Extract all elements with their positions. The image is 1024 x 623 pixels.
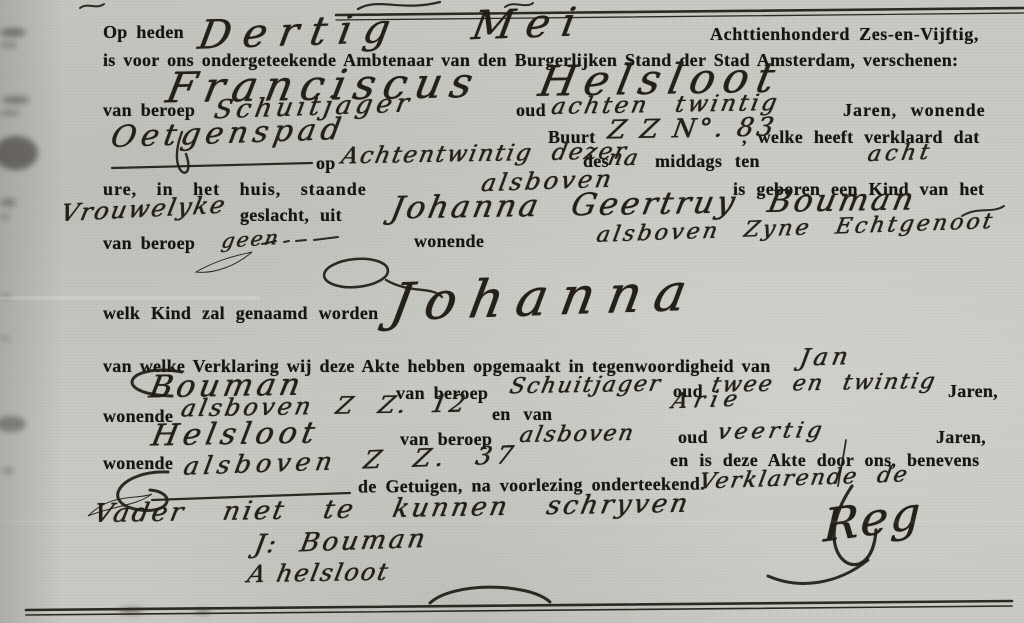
bottom-rule-heavy <box>26 601 1012 610</box>
handwritten-declarant-street: Oetgenspad <box>108 112 348 155</box>
printed-wonende-4: wonende <box>103 453 173 474</box>
handwritten-mother-occupation: geen <box>219 225 282 253</box>
margin-smudge <box>0 28 26 37</box>
signature-witness2: A helsloot <box>245 558 392 588</box>
margin-smudge-dark <box>0 136 38 170</box>
bottom-smudge <box>195 609 211 614</box>
bottom-smudge <box>118 608 144 614</box>
margin-smudge <box>0 214 10 220</box>
handwritten-witness1-occupation: Schuitjager <box>507 372 664 400</box>
margin-smudge <box>2 468 14 474</box>
printed-wonende-2: wonende <box>414 231 484 252</box>
margin-smudge <box>0 198 16 207</box>
top-left-mark <box>80 4 104 8</box>
printed-year: Achttienhonderd Zes-en-Vijftig, <box>710 24 979 45</box>
margin-smudge <box>0 416 26 432</box>
scan-line-artifact <box>0 297 260 299</box>
handwritten-buurt-number: Z Z N°. 83 <box>605 113 778 146</box>
printed-op: op <box>316 153 336 174</box>
blank-rule-1 <box>112 163 312 168</box>
bottom-partial-flourish <box>430 587 550 603</box>
handwritten-witness2-first-name: Arie <box>669 387 745 414</box>
printed-jaren-3: Jaren, <box>936 427 986 448</box>
oval-flourish <box>323 256 389 289</box>
margin-smudge <box>0 42 18 48</box>
printed-op-heden: Op heden <box>103 22 184 43</box>
printed-oud-3: oud <box>678 427 708 448</box>
margin-smudge <box>2 96 30 104</box>
handwritten-witness2-occupation: alsboven <box>517 421 637 448</box>
printed-van-beroep-2: van beroep <box>103 233 195 254</box>
printed-jaren-wonende: Jaren, wonende <box>843 100 986 121</box>
margin-smudge <box>0 336 10 341</box>
handwritten-child-gender: Vrouwelyke <box>58 191 229 228</box>
handwritten-child-name: Johanna <box>386 263 704 334</box>
printed-middags-ten: middags ten <box>655 151 760 172</box>
printed-welke-heeft: , welke heeft verklaard dat <box>742 127 980 148</box>
scan-line-artifact <box>0 521 1024 522</box>
handwritten-cannot-write-note-2: Vader niet te kunnen schryven <box>91 489 693 529</box>
handwritten-birth-hour: acht <box>866 140 935 167</box>
margin-smudge <box>0 110 20 116</box>
birth-record-scan: Op heden Achttienhonderd Zes-en-Vijftig,… <box>0 0 1024 623</box>
signature-registrar-paraph: Reg <box>822 485 923 552</box>
paraph-underline-sweep <box>768 560 868 583</box>
handwritten-witness2-age: veertig <box>715 418 827 445</box>
signature-witness1: J: Bouman <box>252 524 430 560</box>
printed-welk-kind: welk Kind zal genaamd worden <box>103 303 378 324</box>
printed-jaren-2: Jaren, <box>948 381 998 402</box>
handwritten-witness1-first-name: Jan <box>797 342 854 372</box>
printed-geslacht-uit: geslacht, uit <box>240 205 342 226</box>
bottom-rule-light <box>26 606 1012 615</box>
quill-leaf-flourish <box>196 252 252 272</box>
